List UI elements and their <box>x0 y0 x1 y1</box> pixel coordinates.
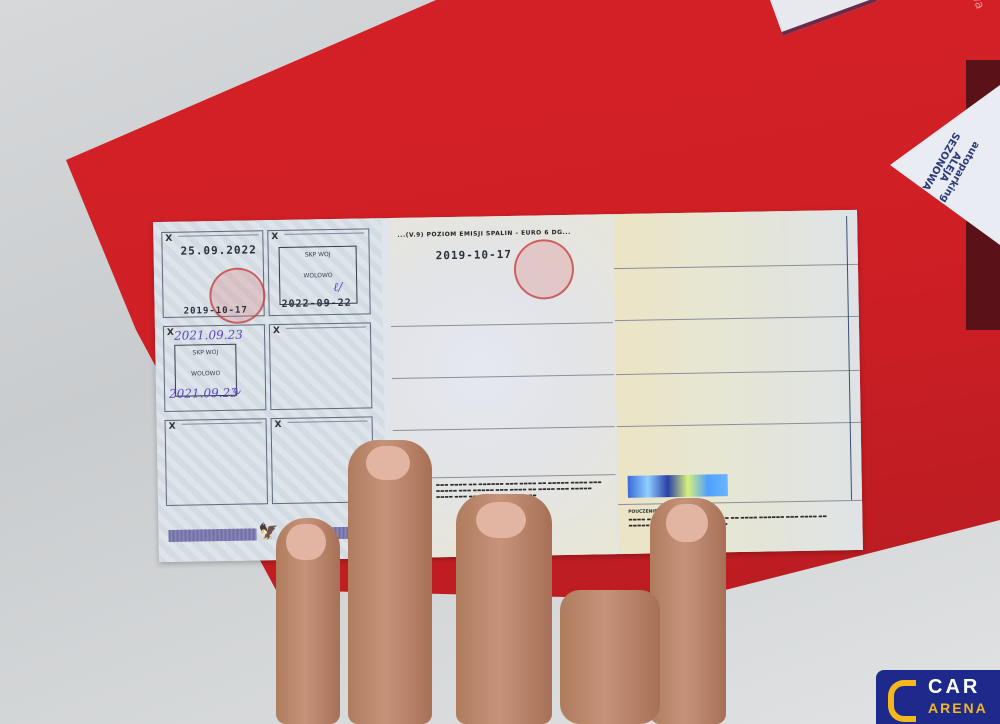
notes-panel: POUCZENIE ▬▬▬▬ ▬▬▬ ▬▬▬▬▬ ▬▬▬ ▬▬ ▬▬▬▬▬ ▬▬… <box>613 210 863 554</box>
inspection-cell: X 2021.09.23 SKP WOJ WOLOWO 2021.09.23 ∿ <box>163 324 266 412</box>
finger <box>276 518 340 724</box>
polish-eagle-emblem: 🦅 <box>258 522 278 541</box>
finger <box>348 440 432 724</box>
palm <box>560 590 660 724</box>
handwritten-date: 2021.09.23 <box>174 328 243 343</box>
signature: ℓ/ <box>333 280 342 295</box>
inspection-date: 2022-09-22 <box>281 298 351 310</box>
logo-mark-icon <box>888 680 916 722</box>
security-strip <box>168 528 256 542</box>
finger <box>456 494 552 724</box>
inspection-date: 25.09.2022 <box>180 243 256 257</box>
emission-level-header: ...(V.9) POZIOM EMISJI SPALIN - EURO 6 D… <box>397 229 571 239</box>
inspection-cell: X <box>269 322 372 410</box>
finger <box>650 498 726 724</box>
handwritten-date: 2021.09.23 <box>169 386 238 401</box>
inspection-cell: X SKP WOJ WOLOWO 2022-09-22 ℓ/ <box>267 228 370 316</box>
registration-date: 2019-10-17 <box>436 248 512 262</box>
signature: ∿ <box>231 384 241 398</box>
hologram-sticker <box>628 474 728 498</box>
inspection-cell: X 25.09.2022 2019-10-17 <box>161 230 264 318</box>
station-stamp: SKP WOJ WOLOWO <box>279 246 358 305</box>
official-seal <box>513 239 574 300</box>
inspection-cell: X <box>165 418 268 506</box>
car-arena-logo: CAR ARENA <box>876 670 1000 724</box>
